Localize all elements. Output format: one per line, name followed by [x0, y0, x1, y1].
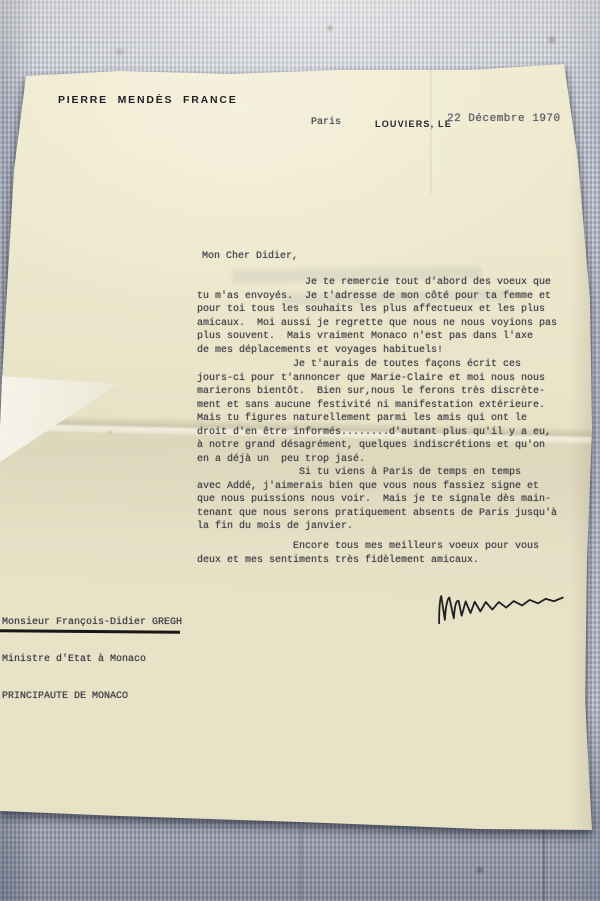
paper-shadow-wrap: PIERRE MENDÈS FRANCE Paris LOUVIERS, LE … — [0, 0, 600, 901]
paragraph-1: Je te remercie tout d'abord des voeux qu… — [197, 276, 557, 357]
recipient-block: Monsieur François-Didier GREGH Ministre … — [2, 592, 182, 728]
dateline-place-printed: LOUVIERS, LE — [375, 119, 452, 129]
signature-scribble — [429, 578, 572, 632]
paragraph-3: Si tu viens à Paris de temps en temps av… — [197, 466, 557, 534]
paragraph-2: Je t'aurais de toutes façons écrit ces j… — [197, 358, 551, 466]
vertical-crease — [430, 64, 433, 194]
recipient-title: Ministre d'Etat à Monaco — [2, 654, 182, 666]
folded-sheet-corner — [0, 376, 122, 466]
dateline-city-typed: Paris — [311, 117, 341, 128]
recipient-country: PRINCIPAUTE DE MONACO — [2, 691, 182, 703]
letterhead-name: PIERRE MENDÈS FRANCE — [58, 94, 238, 106]
letter-photo: PIERRE MENDÈS FRANCE Paris LOUVIERS, LE … — [0, 0, 600, 901]
salutation: Mon Cher Didier, — [202, 250, 298, 264]
paragraph-4: Encore tous mes meilleurs voeux pour vou… — [197, 540, 539, 567]
dateline-date-typed: 22 Décembre 1970 — [447, 113, 561, 125]
recipient-name: Monsieur François-Didier GREGH — [2, 617, 182, 629]
letter-paper: PIERRE MENDÈS FRANCE Paris LOUVIERS, LE … — [0, 0, 600, 901]
